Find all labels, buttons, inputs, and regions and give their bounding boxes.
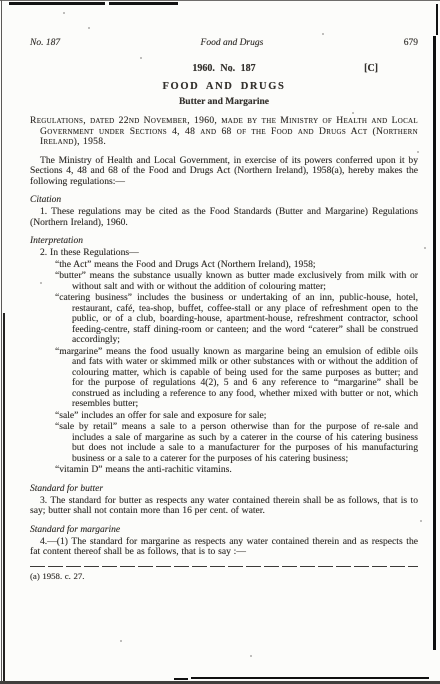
title-row: 1960. No. 187 [C] [30, 63, 418, 74]
scan-speck [63, 12, 65, 14]
footnote-rule [30, 566, 418, 568]
interpretation-intro: 2. In these Regulations— [30, 248, 418, 259]
scan-bottom-line [191, 677, 429, 679]
preamble-paragraph: Regulations, dated 22nd November, 1960, … [30, 116, 418, 148]
instrument-number: 1960. No. 187 [192, 63, 255, 74]
page-number: 679 [404, 38, 418, 48]
section-heading-interpretation: Interpretation [30, 236, 418, 247]
scan-right-top-tick [436, 4, 438, 35]
scan-left-hairline [1, 0, 2, 684]
footnote-citation: (a) 1958. c. 27. [30, 571, 418, 582]
section-heading-standard-butter: Standard for butter [30, 484, 418, 495]
running-header-number: No. 187 [30, 38, 60, 48]
running-header-title: Food and Drugs [201, 38, 264, 48]
section-heading-citation: Citation [30, 195, 418, 206]
classification-mark: [C] [364, 63, 378, 74]
definition-margarine: “margarine” means the food usually known… [55, 347, 418, 410]
definition-butter: “butter” means the substance usually kno… [55, 271, 418, 292]
scan-bottom-dash [174, 678, 188, 680]
opening-paragraph: The Ministry of Health and Local Governm… [30, 156, 418, 188]
document-page: No. 187 Food and Drugs 679 1960. No. 187… [0, 0, 440, 684]
definition-the-act: “the Act” means the Food and Drugs Act (… [55, 260, 418, 271]
scan-top-bar-right [109, 2, 178, 5]
scan-speck [420, 520, 422, 522]
scan-speck [120, 640, 122, 642]
definition-vitamin-d: “vitamin D” means the anti-rachitic vita… [55, 465, 418, 476]
definition-catering-business: “catering business” includes the busines… [55, 293, 418, 346]
scan-speck [88, 27, 90, 29]
scan-top-hairline [0, 0, 440, 1]
scan-top-bar-left [9, 2, 105, 5]
scan-right-edge-bar [433, 36, 436, 650]
scan-left-double-line [3, 313, 5, 684]
page-title: FOOD AND DRUGS [30, 81, 418, 92]
scan-speck [250, 655, 252, 657]
scan-speck [424, 247, 426, 249]
definition-sale-by-retail: “sale by retail” means a sale to a perso… [55, 422, 418, 464]
definition-sale: “sale” includes an offer for sale and ex… [55, 411, 418, 422]
citation-paragraph: 1. These regulations may be cited as the… [30, 207, 418, 228]
standard-margarine-paragraph: 4.—(1) The standard for margarine as res… [30, 537, 418, 558]
page-content: No. 187 Food and Drugs 679 1960. No. 187… [30, 38, 418, 582]
standard-butter-paragraph: 3. The standard for butter as respects a… [30, 496, 418, 517]
scan-speck [322, 33, 324, 35]
section-heading-standard-margarine: Standard for margarine [30, 525, 418, 536]
page-subtitle: Butter and Margarine [30, 97, 418, 107]
running-header: No. 187 Food and Drugs 679 [30, 38, 418, 48]
